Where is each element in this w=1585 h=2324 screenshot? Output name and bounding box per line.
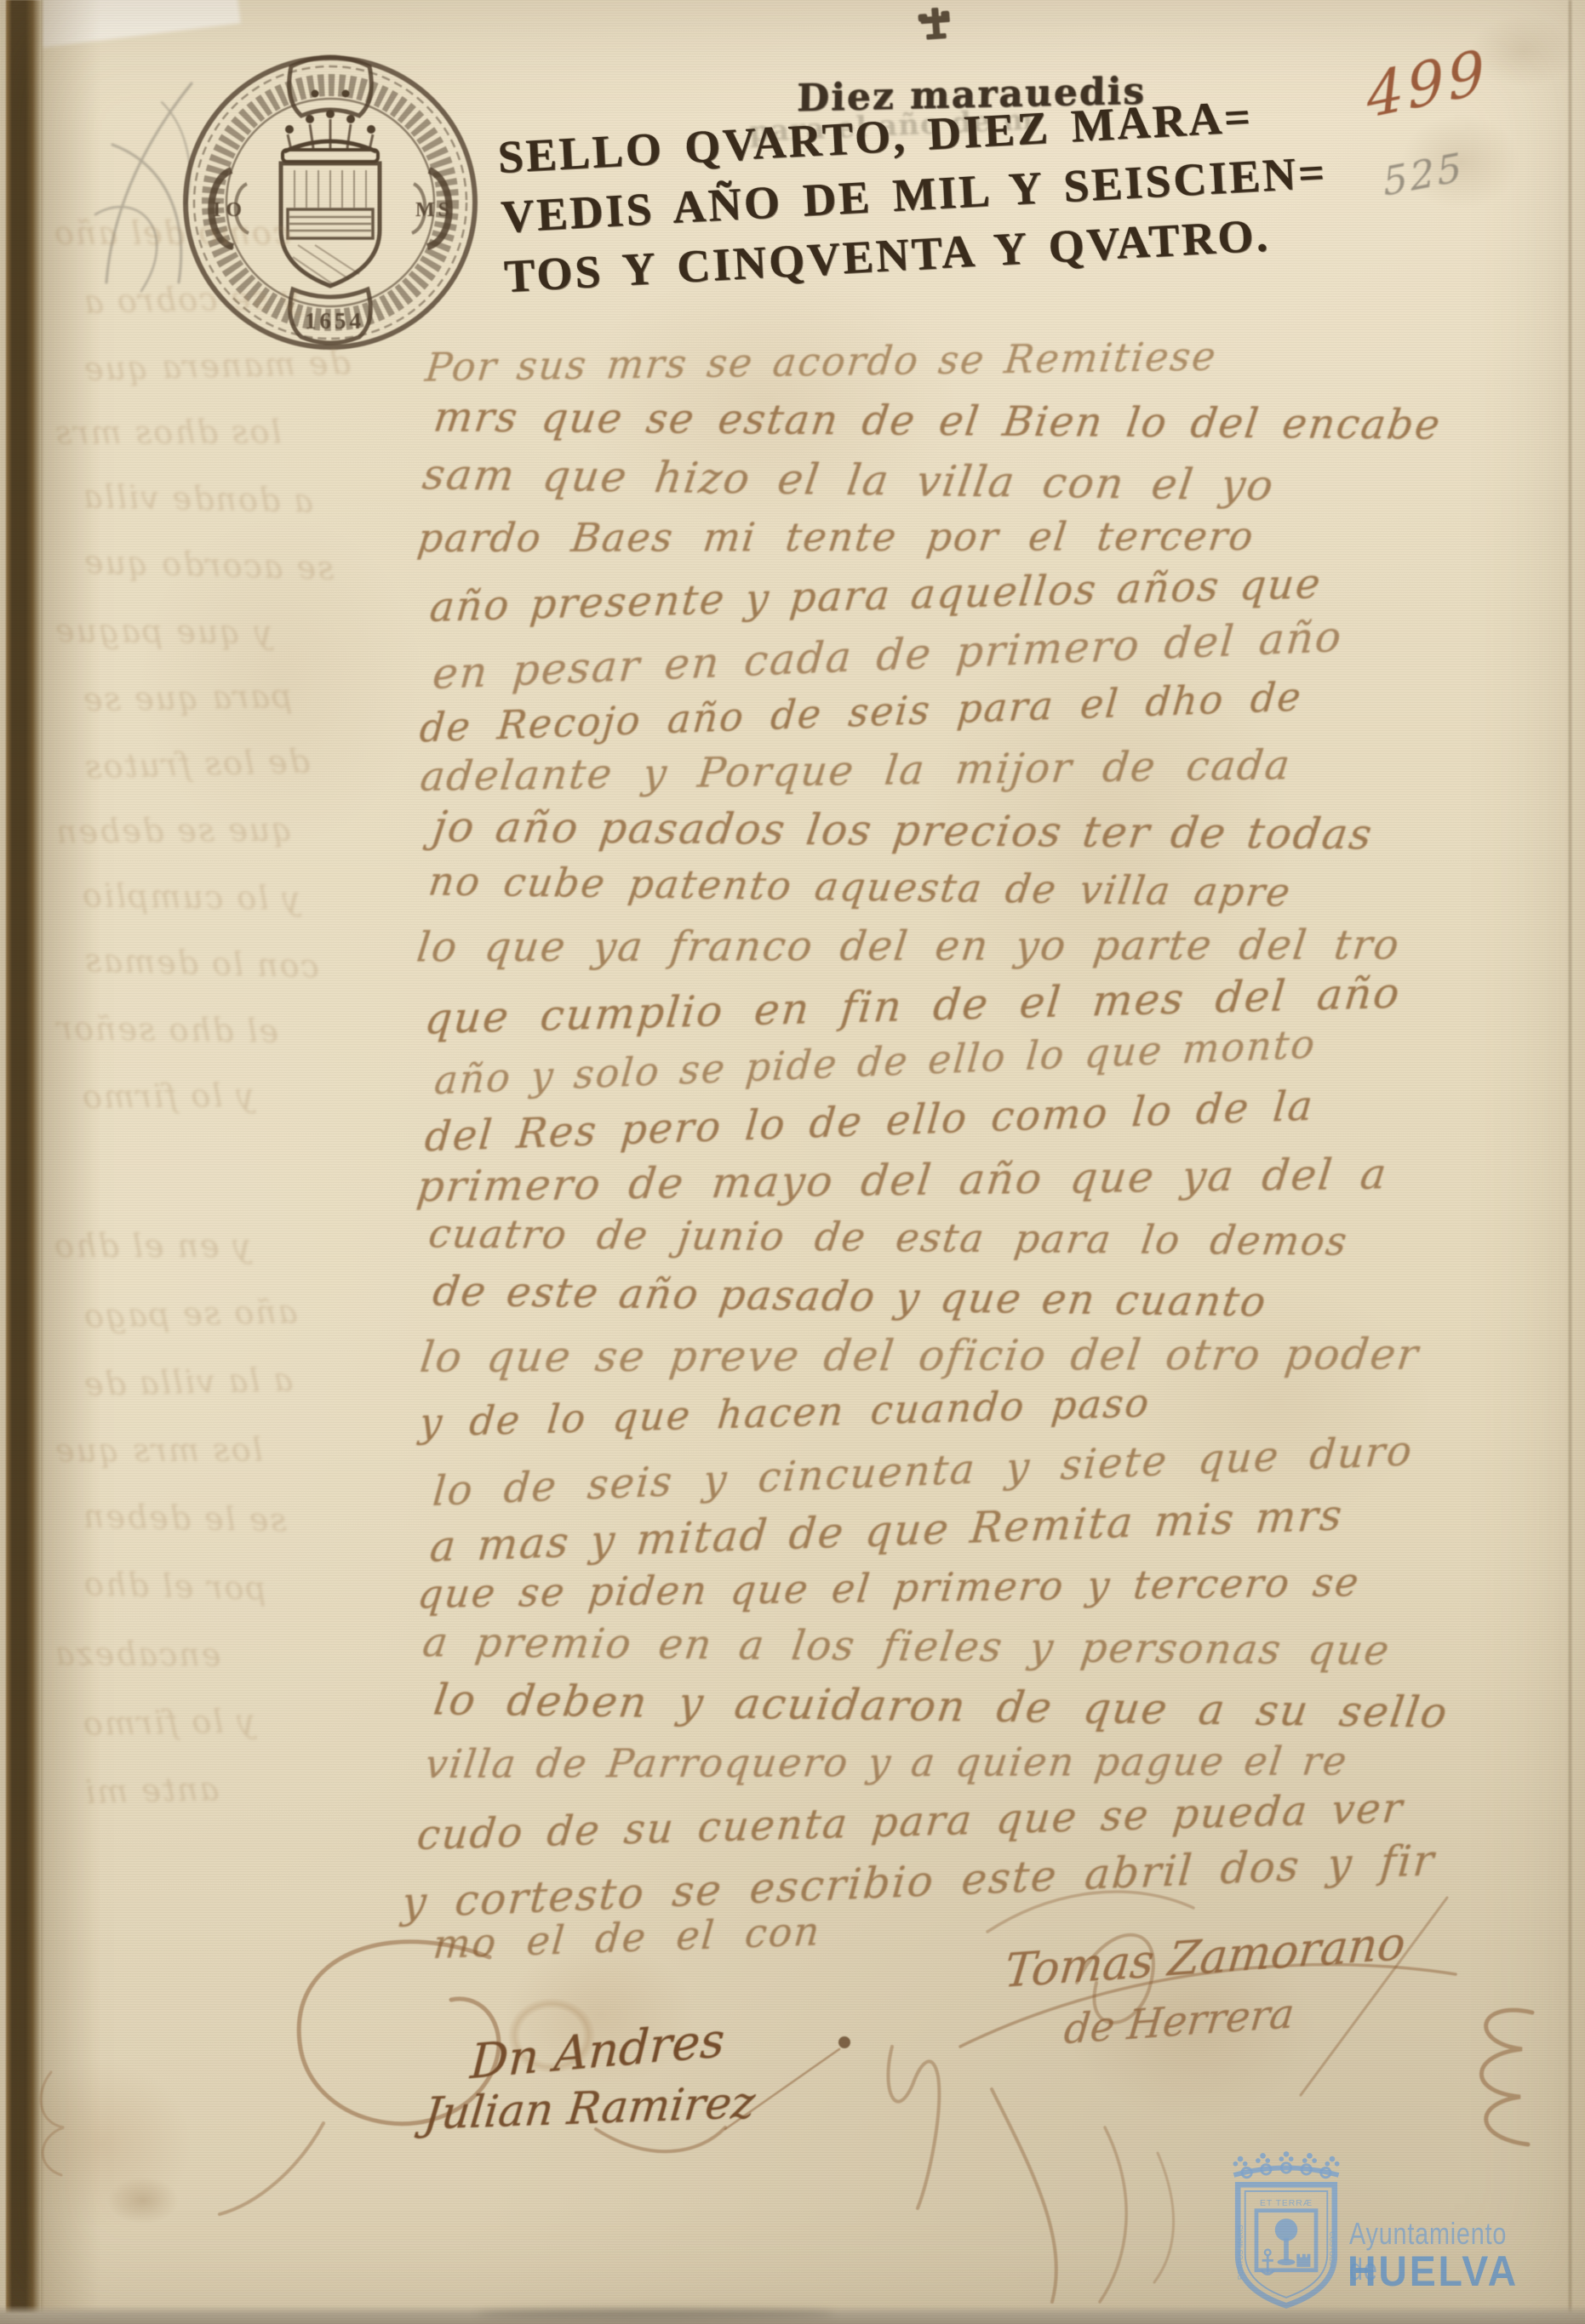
handwritten-line: lo que se preve del oficio del otro pode… — [418, 1329, 1422, 1382]
ghost-line: se acordo que — [82, 543, 335, 586]
handwritten-line: que se piden que el primero y tercero se — [415, 1559, 1363, 1617]
handwritten-line: adelante y Porque la mijor de cada — [418, 741, 1294, 801]
handwritten-line: jo año pasados los precios ter de todas — [430, 802, 1376, 859]
handwritten-line: sam que hizo el la villa con el yo — [420, 450, 1278, 511]
seal-year: 1654 — [305, 308, 364, 334]
ghost-line: de manera que — [83, 344, 352, 387]
ghost-line: a la villa de — [83, 1361, 294, 1403]
ghost-line: para que se — [82, 677, 293, 718]
handwritten-line: primero de mayo del año que ya del a — [415, 1150, 1390, 1212]
ghost-line: se le deben — [82, 1498, 288, 1539]
shield-motto-top: ET TERRÆ — [1260, 2199, 1313, 2208]
handwritten-line: a premio en a los fieles y personas que — [420, 1619, 1393, 1675]
cross-icon — [913, 3, 958, 45]
ghost-line: y lo firmo — [81, 1076, 255, 1116]
ghost-line: y lo cumplio — [81, 876, 301, 917]
ghost-line: que se deben — [54, 810, 293, 850]
handwritten-line: Por sus mrs se acordo se Remitiese — [423, 333, 1219, 390]
handwritten-line: lo que ya franco del en yo parte del tro — [415, 922, 1404, 972]
huelva-shield-icon: ET TERRÆ PORTUS MARIS CUSTODIA — [1226, 2146, 1347, 2324]
manuscript-scan: para el año de m Diez marauedis 499 525 — [0, 0, 1585, 2324]
ghost-line: por el dho — [82, 1565, 266, 1607]
watermark-city-name: HUELVA — [1348, 2247, 1519, 2296]
ghost-line: los dhos mrs — [54, 414, 282, 452]
ghost-line: y en el dho — [53, 1227, 251, 1265]
handwritten-line: no cube patento aquesta de villa apre — [426, 859, 1294, 916]
ghost-line: con lo demas — [83, 941, 319, 985]
handwritten-line: pardo Baes mi tente por el tercero — [415, 513, 1257, 561]
ghost-line: a donde villa — [82, 477, 314, 519]
ghost-line: el dho señor — [55, 1009, 279, 1050]
ghost-line: como del año — [53, 214, 291, 252]
handwritten-line: villa de Parroquero y a quien pague el r… — [423, 1739, 1351, 1788]
seal-right-mark: MS — [415, 199, 453, 221]
handwritten-line: y de lo que hacen cuando paso — [418, 1379, 1153, 1446]
ghost-line: y se cobro a — [83, 278, 301, 321]
stamp-text-block: SELLO QVARTO, DIEZ MARA= VEDIS AÑO DE MI… — [496, 75, 1484, 306]
ghost-line: encabeza — [54, 1635, 221, 1673]
handwritten-line: cuatro de junio de esta para lo demos — [426, 1210, 1351, 1264]
ghost-line: y que pague — [54, 612, 273, 651]
shield-motto-right: CUSTODIA — [1328, 2231, 1336, 2269]
ghost-line: año se pago — [83, 1293, 298, 1335]
shield-motto-left: PORTUS MARIS — [1236, 2224, 1245, 2280]
ghost-line: y lo firmo — [82, 1702, 256, 1743]
handwritten-line: mrs que se estan de el Bien lo del encab… — [431, 393, 1444, 448]
ghost-line: los mrs que — [54, 1431, 263, 1470]
handwritten-line: de este año pasado y que en cuanto — [430, 1267, 1270, 1326]
handwritten-line: lo deben y acuidaron de que a su sello — [431, 1675, 1451, 1737]
ghost-line: de los frutos — [83, 743, 310, 786]
ghost-line: ante mi — [83, 1770, 219, 1811]
